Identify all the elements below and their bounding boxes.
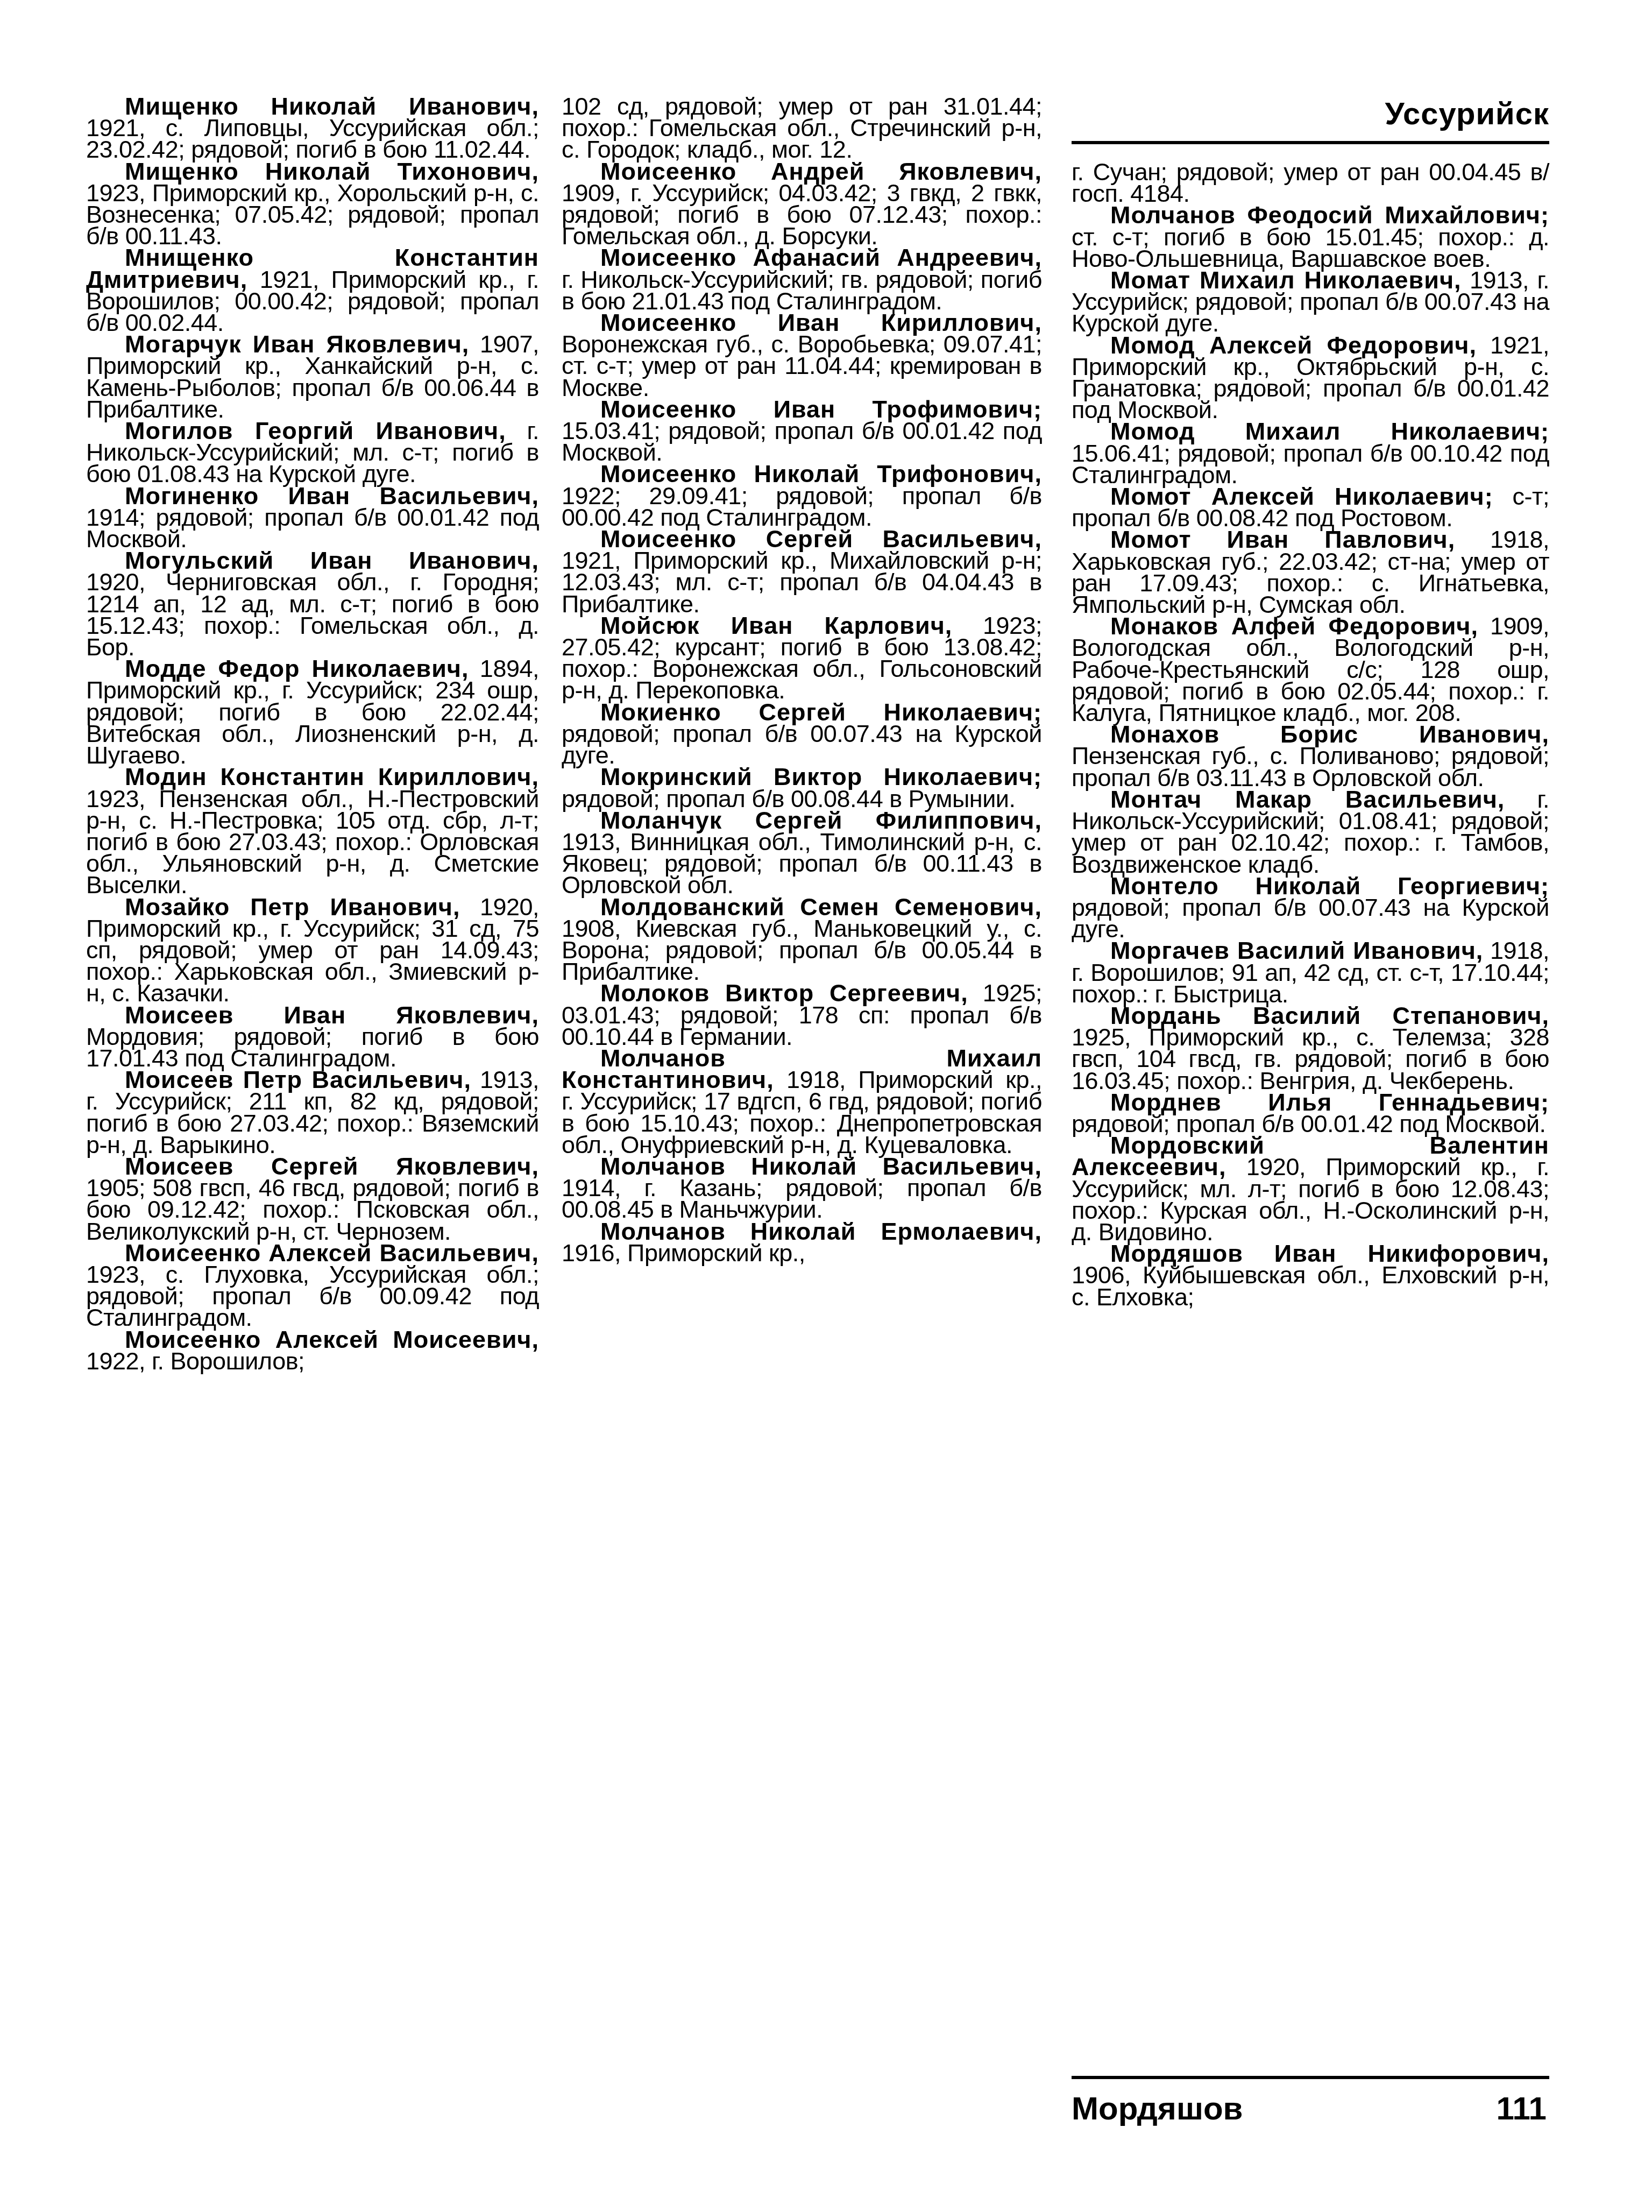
entry: Молчанов Николай Васильевич, 1914, г. Ка…: [562, 1156, 1042, 1221]
entry: Могилов Георгий Иванович, г. Никольск-Ус…: [86, 420, 539, 485]
entry-text: г. Никольск-Уссурийский; гв. рядовой; по…: [562, 266, 1042, 315]
entry: Мордань Василий Степанович, 1925, Примор…: [1072, 1005, 1549, 1092]
entry: Моисеенко Сергей Васильевич, 1921, Примо…: [562, 528, 1042, 615]
entry-text: 1909, г. Уссурийск; 04.03.42; 3 гвкд, 2 …: [562, 179, 1042, 250]
entry: Моланчук Сергей Филиппович, 1913, Винниц…: [562, 810, 1042, 896]
entry: Моисеенко Николай Трифонович, 1922; 29.0…: [562, 463, 1042, 528]
entry: Момод Михаил Николаевич; 15.06.41; рядов…: [1072, 421, 1549, 486]
entry-text: рядовой; пропал б/в 00.07.43 на Курской …: [1072, 894, 1549, 943]
entry: Момот Иван Павлович, 1918, Харьковская г…: [1072, 529, 1549, 616]
entry: Монтело Николай Георгиевич; рядовой; про…: [1072, 875, 1549, 941]
entry: Моисеев Иван Яковлевич, Мордовия; рядово…: [86, 1005, 539, 1070]
entry: Момод Алексей Федорович, 1921, Приморски…: [1072, 335, 1549, 421]
entry-text: 1921, с. Липовцы, Уссурийская обл.; 23.0…: [86, 114, 539, 163]
entry: Молчанов Феодосий Михайлович; ст. с-т; п…: [1072, 204, 1549, 270]
entry: Моисеенко Андрей Яковлевич, 1909, г. Усс…: [562, 161, 1042, 248]
entry: Монтач Макар Васильевич, г. Никольск-Усс…: [1072, 789, 1549, 875]
entry-text: 1914; рядовой; пропал б/в 00.01.42 под М…: [86, 504, 539, 553]
entry-text: ст. с-т; погиб в бою 15.01.45; похор.: д…: [1072, 223, 1549, 272]
column-2: 102 сд, рядовой; умер от ран 31.01.44; п…: [562, 96, 1042, 1264]
entry: Мозайко Петр Иванович, 1920, Приморский …: [86, 896, 539, 1005]
entry-text: 1916, Приморский кр.,: [562, 1239, 805, 1267]
entry-text: 1913, Винницкая обл., Тимолинский р-н, с…: [562, 828, 1042, 899]
column-1: Мищенко Николай Иванович, 1921, с. Липов…: [86, 96, 539, 1372]
entry: Моргачев Василий Иванович, 1918, г. Воро…: [1072, 940, 1549, 1005]
header-rule: [1072, 141, 1549, 144]
entry: Молчанов Михаил Константинович, 1918, Пр…: [562, 1048, 1042, 1156]
entry-text: рядовой; пропал б/в 00.07.43 на Курской …: [562, 720, 1042, 769]
entry: Моисеенко Иван Трофимович; 15.03.41; ряд…: [562, 399, 1042, 464]
entry: Могиненко Иван Васильевич, 1914; рядовой…: [86, 485, 539, 550]
entry: Моисеев Сергей Яковлевич, 1905; 508 гвсп…: [86, 1156, 539, 1242]
entry-text: Воронежская губ., с. Воробьевка; 09.07.4…: [562, 330, 1042, 401]
entry: Модин Константин Кириллович, 1923, Пензе…: [86, 766, 539, 896]
entry: Моисеев Петр Васильевич, 1913, г. Уссури…: [86, 1069, 539, 1156]
entry: Моисеенко Алексей Моисеевич, 1922, г. Во…: [86, 1329, 539, 1372]
entry-continuation: г. Сучан; рядовой; умер от ран 00.04.45 …: [1072, 161, 1549, 204]
entry: Момот Алексей Николаевич; с-т; пропал б/…: [1072, 486, 1549, 529]
entry: Моисеенко Алексей Васильевич, 1923, с. Г…: [86, 1242, 539, 1329]
entry-text: 1922, г. Ворошилов;: [86, 1347, 304, 1375]
entry-text: Мордовия; рядовой; погиб в бою 17.01.43 …: [86, 1023, 539, 1072]
entry: Мордовский Валентин Алексеевич, 1920, Пр…: [1072, 1135, 1549, 1243]
entry: Мокиенко Сергей Николаевич; рядовой; про…: [562, 702, 1042, 767]
entry-text: 1906, Куйбышевская обл., Елховский р-н, …: [1072, 1261, 1549, 1310]
entry: Могульский Иван Иванович, 1920, Чернигов…: [86, 550, 539, 658]
entry-text: 1908, Киевская губ., Маньковецкий у., с.…: [562, 915, 1042, 985]
entry-text: 1922; 29.09.41; рядовой; пропал б/в 00.0…: [562, 482, 1042, 531]
page-number: 111: [1497, 2090, 1547, 2127]
entry-text: 15.03.41; рядовой; пропал б/в 00.01.42 п…: [562, 417, 1042, 466]
entry-text: 1914, г. Казань; рядовой; пропал б/в 00.…: [562, 1174, 1042, 1223]
entry: Монаков Алфей Федорович, 1909, Вологодск…: [1072, 616, 1549, 724]
entry: Моисеенко Афанасий Андреевич, г. Никольс…: [562, 247, 1042, 312]
entry-text: 1923, Приморский кр., Хорольский р-н, с.…: [86, 179, 539, 250]
entry: Мордяшов Иван Никифорович, 1906, Куйбыше…: [1072, 1243, 1549, 1308]
entry: Моисеенко Иван Кириллович, Воронежская г…: [562, 312, 1042, 399]
entry-text: 1905; 508 гвсп, 46 гвсд, рядовой; погиб …: [86, 1174, 539, 1245]
entry: Молчанов Николай Ермолаевич, 1916, Примо…: [562, 1221, 1042, 1264]
entry: Мойсюк Иван Карлович, 1923; 27.05.42; ку…: [562, 615, 1042, 702]
entry-text: 1920, Черниговская обл., г. Городня; 121…: [86, 568, 539, 661]
running-head: Уссурийск: [1385, 96, 1549, 132]
entry: Мокринский Виктор Николаевич; рядовой; п…: [562, 766, 1042, 809]
entry: Момат Михаил Николаевич, 1913, г. Уссури…: [1072, 270, 1549, 335]
entry: Мищенко Николай Тихонович, 1923, Приморс…: [86, 161, 539, 248]
entry: Мищенко Николай Иванович, 1921, с. Липов…: [86, 96, 539, 161]
footer-guide-word: Мордяшов: [1072, 2090, 1243, 2127]
entry-text: 1923, Пензенская обл., Н.-Пестровский р-…: [86, 785, 539, 899]
entry: Модде Федор Николаевич, 1894, Приморский…: [86, 658, 539, 766]
entry: Молдованский Семен Семенович, 1908, Киев…: [562, 896, 1042, 983]
entry: Мнищенко Константин Дмитриевич, 1921, Пр…: [86, 247, 539, 334]
entry-text: 1921, Приморский кр., Михайловский р-н; …: [562, 547, 1042, 617]
entry-continuation: 102 сд, рядовой; умер от ран 31.01.44; п…: [562, 96, 1042, 161]
footer-rule: [1072, 2076, 1549, 2079]
column-3: г. Сучан; рядовой; умер от ран 00.04.45 …: [1072, 161, 1549, 1308]
entry: Морднев Илья Геннадьевич; рядовой; пропа…: [1072, 1092, 1549, 1135]
entry-text: Пензенская губ., с. Поливаново; рядовой;…: [1072, 742, 1549, 791]
entry: Молоков Виктор Сергеевич, 1925; 03.01.43…: [562, 983, 1042, 1048]
entry: Могарчук Иван Яковлевич, 1907, Приморски…: [86, 334, 539, 420]
entry: Монахов Борис Иванович, Пензенская губ.,…: [1072, 724, 1549, 789]
entry-text: 1923, с. Глуховка, Уссурийская обл.; ряд…: [86, 1261, 539, 1331]
entry-text: 15.06.41; рядовой; пропал б/в 00.10.42 п…: [1072, 440, 1549, 489]
entry-text: 1925, Приморский кр., с. Телемза; 328 гв…: [1072, 1023, 1549, 1094]
book-page: Уссурийск Мищенко Николай Иванович, 1921…: [0, 0, 1652, 2212]
